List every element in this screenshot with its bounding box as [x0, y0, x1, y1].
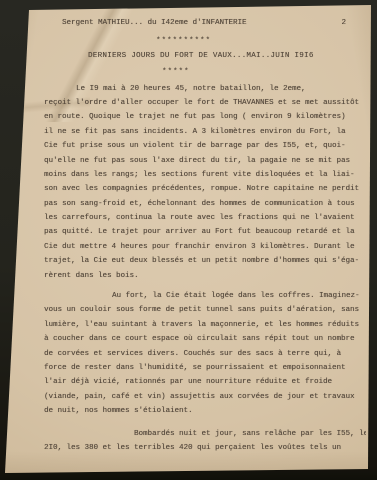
- text-line: force de rester dans l'humidité, se pour…: [44, 361, 366, 375]
- text-line: rèrent dans les bois.: [44, 269, 366, 283]
- text-line: 2I0, les 380 et les terribles 420 qui pe…: [44, 441, 366, 455]
- scan-background: Sergent MATHIEU... du I42eme d'INFANTERI…: [0, 0, 377, 480]
- text-line: reçoit l'ordre d'aller occuper le fort d…: [44, 96, 366, 110]
- text-line: Cie fut prise sous un violent tir de bar…: [44, 139, 366, 153]
- scanned-page: Sergent MATHIEU... du I42eme d'INFANTERI…: [0, 0, 377, 480]
- asterisk-separator-top: **********: [44, 34, 366, 48]
- text-line: pas quitté. Le trajet pour arriver au Fo…: [44, 225, 366, 239]
- author-line: Sergent MATHIEU... du I42eme d'INFANTERI…: [62, 16, 247, 30]
- text-line: Bombardés nuit et jour, sans relâche par…: [44, 427, 366, 441]
- text-line: Au fort, la Cie était logée dans les cof…: [44, 289, 366, 303]
- text-line: à coucher dans ce court espace où circul…: [44, 332, 366, 346]
- paragraph-3: Bombardés nuit et jour, sans relâche par…: [44, 427, 366, 456]
- text-line: de corvées et services divers. Couchés s…: [44, 347, 366, 361]
- text-line: qu'elle ne fut pas sous l'axe direct du …: [44, 154, 366, 168]
- text-line: son avec les compagnies précédentes, rom…: [44, 182, 366, 196]
- document-title: DERNIERS JOURS DU FORT DE VAUX...MAI..JU…: [44, 49, 366, 63]
- text-line: trajet, la Cie eut deux blessés et un pe…: [44, 254, 366, 268]
- typewritten-text: Sergent MATHIEU... du I42eme d'INFANTERI…: [44, 12, 366, 455]
- text-line: moins dans les rangs; les sections furen…: [44, 168, 366, 182]
- text-line: Le I9 mai à 20 heures 45, notre bataillo…: [44, 82, 366, 96]
- paragraph-1: Le I9 mai à 20 heures 45, notre bataillo…: [44, 82, 366, 283]
- text-line: vous un couloir sous forme de petit tunn…: [44, 303, 366, 317]
- text-line: les carrefours, continua la route avec l…: [44, 211, 366, 225]
- text-line: en route. Quoique le trajet ne fut pas l…: [44, 110, 366, 124]
- text-line: (viande, pain, café et vin) assujettis a…: [44, 390, 366, 404]
- text-line: l'air déjà vicié, rationnés par une nour…: [44, 375, 366, 389]
- page-number: 2: [341, 16, 346, 30]
- text-line: lumière, l'eau suintant à travers la maç…: [44, 318, 366, 332]
- asterisk-separator-under-title: *****: [44, 65, 366, 79]
- page-header: Sergent MATHIEU... du I42eme d'INFANTERI…: [44, 16, 366, 30]
- text-line: de nuit, nos hommes s'étiolaient.: [44, 404, 366, 418]
- text-line: pas son sang-froid et, échelonnant des h…: [44, 197, 366, 211]
- text-line: Cie dut mettre 4 heures pour franchir en…: [44, 240, 366, 254]
- text-line: il ne se fit pas sans incidents. A 3 kil…: [44, 125, 366, 139]
- paragraph-2: Au fort, la Cie était logée dans les cof…: [44, 289, 366, 419]
